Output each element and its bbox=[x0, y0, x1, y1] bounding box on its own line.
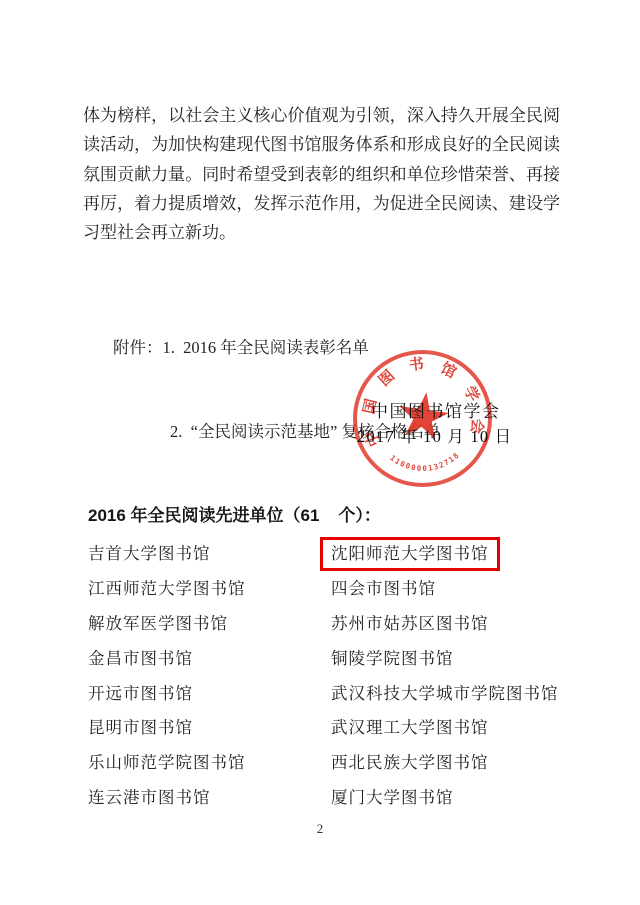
body-line: 体为榜样，以社会主义核心价值观为引领，深入持久开展全民阅 bbox=[83, 101, 560, 130]
list-item: 连云港市图书馆 bbox=[88, 781, 246, 816]
list-title: 2016 年全民阅读先进单位（61 个）： bbox=[88, 501, 381, 526]
body-line: 读活动，为加快构建现代图书馆服务体系和形成良好的全民阅读 bbox=[83, 130, 560, 159]
list-item: 解放军医学图书馆 bbox=[88, 607, 246, 642]
list-item: 武汉科技大学城市学院图书馆 bbox=[331, 677, 559, 712]
list-item: 开远市图书馆 bbox=[88, 677, 246, 712]
highlighted-library-name: 沈阳师范大学图书馆 bbox=[331, 544, 489, 563]
document-page: 体为榜样，以社会主义核心价值观为引领，深入持久开展全民阅 读活动，为加快构建现代… bbox=[0, 0, 640, 905]
body-line: 习型社会再立新功。 bbox=[83, 218, 560, 247]
library-list-left-column: 吉首大学图书馆 江西师范大学图书馆 解放军医学图书馆 金昌市图书馆 开远市图书馆… bbox=[88, 537, 246, 816]
list-item: 铜陵学院图书馆 bbox=[331, 642, 559, 677]
body-line: 再厉，着力提质增效，发挥示范作用，为促进全民阅读、建设学 bbox=[83, 189, 560, 218]
body-paragraph: 体为榜样，以社会主义核心价值观为引领，深入持久开展全民阅 读活动，为加快构建现代… bbox=[83, 101, 560, 247]
list-item: 厦门大学图书馆 bbox=[331, 781, 559, 816]
list-item: 江西师范大学图书馆 bbox=[88, 572, 246, 607]
body-line: 氛围贡献力量。同时希望受到表彰的组织和单位珍惜荣誉、再接 bbox=[83, 160, 560, 189]
list-item: 昆明市图书馆 bbox=[88, 711, 246, 746]
list-item: 乐山师范学院图书馆 bbox=[88, 746, 246, 781]
list-item: 吉首大学图书馆 bbox=[88, 537, 246, 572]
red-highlight-box: 沈阳师范大学图书馆 bbox=[320, 537, 500, 571]
list-item: 西北民族大学图书馆 bbox=[331, 746, 559, 781]
list-item: 武汉理工大学图书馆 bbox=[331, 711, 559, 746]
signature-date: 2017 年 10 月 10 日 bbox=[357, 423, 512, 447]
signature-organization: 中国图书馆学会 bbox=[371, 397, 501, 422]
library-list-right-column: 沈阳师范大学图书馆 四会市图书馆 苏州市姑苏区图书馆 铜陵学院图书馆 武汉科技大… bbox=[331, 537, 559, 816]
page-number: 2 bbox=[0, 821, 640, 837]
list-item-highlighted: 沈阳师范大学图书馆 bbox=[331, 537, 559, 572]
list-item: 四会市图书馆 bbox=[331, 572, 559, 607]
list-item: 金昌市图书馆 bbox=[88, 642, 246, 677]
list-item: 苏州市姑苏区图书馆 bbox=[331, 607, 559, 642]
